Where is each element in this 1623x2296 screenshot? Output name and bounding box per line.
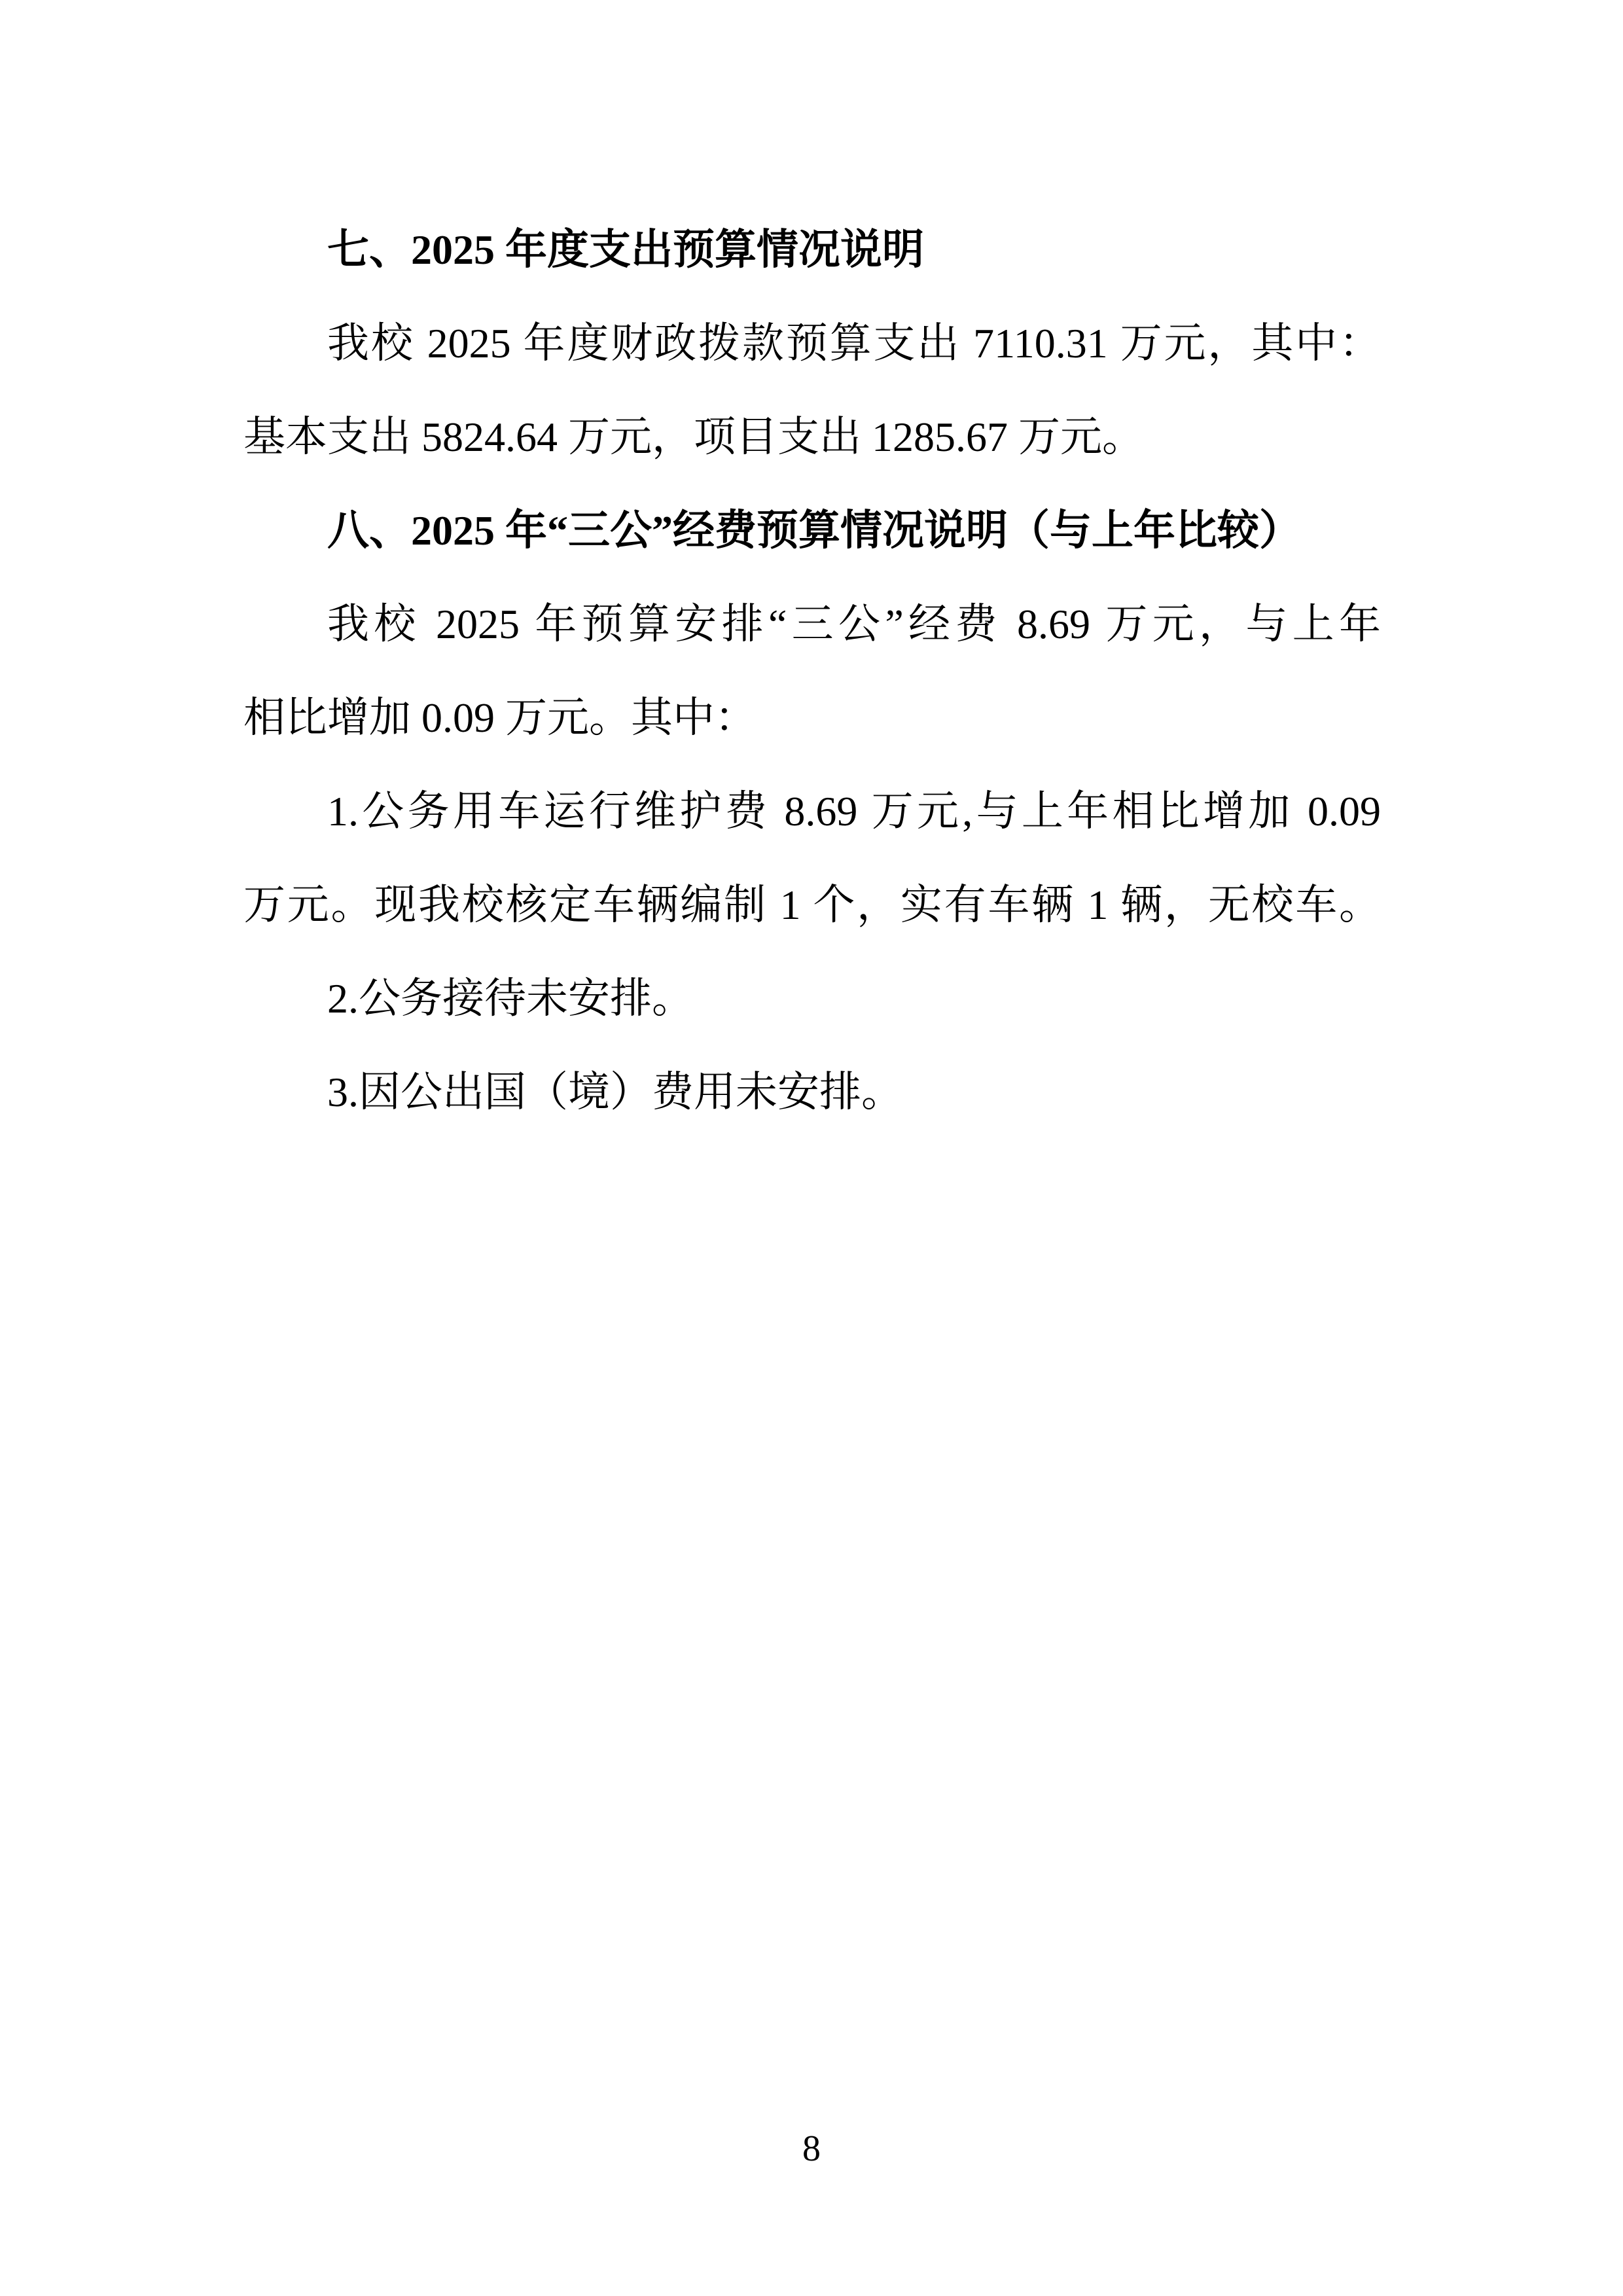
section-8-item-2-line: 2.公务接待未安排。 — [243, 952, 1381, 1045]
section-8-paragraph-line-1: 我校 2025 年预算安排“三公”经费 8.69 万元，与上年 — [243, 577, 1381, 671]
section-8-item-1-line-1: 1.公务用车运行维护费 8.69 万元,与上年相比增加 0.09 — [243, 764, 1381, 858]
document-body: 七、2025 年度支出预算情况说明 我校 2025 年度财政拨款预算支出 711… — [243, 203, 1381, 1139]
section-8-item-3-line: 3.因公出国（境）费用未安排。 — [243, 1045, 1381, 1139]
section-8-item-1-line-2: 万元。现我校核定车辆编制 1 个，实有车辆 1 辆，无校车。 — [243, 858, 1381, 952]
section-7-paragraph-line-1: 我校 2025 年度财政拨款预算支出 7110.31 万元，其中： — [243, 296, 1381, 390]
page-number: 8 — [0, 2119, 1623, 2178]
section-7-heading: 七、2025 年度支出预算情况说明 — [243, 203, 1381, 296]
section-7-paragraph-line-2: 基本支出 5824.64 万元，项目支出 1285.67 万元。 — [243, 390, 1381, 484]
section-8-paragraph-line-2: 相比增加 0.09 万元。其中： — [243, 671, 1381, 764]
section-8-heading: 八、2025 年“三公”经费预算情况说明（与上年比较） — [243, 484, 1381, 577]
document-page: 七、2025 年度支出预算情况说明 我校 2025 年度财政拨款预算支出 711… — [0, 0, 1623, 2296]
